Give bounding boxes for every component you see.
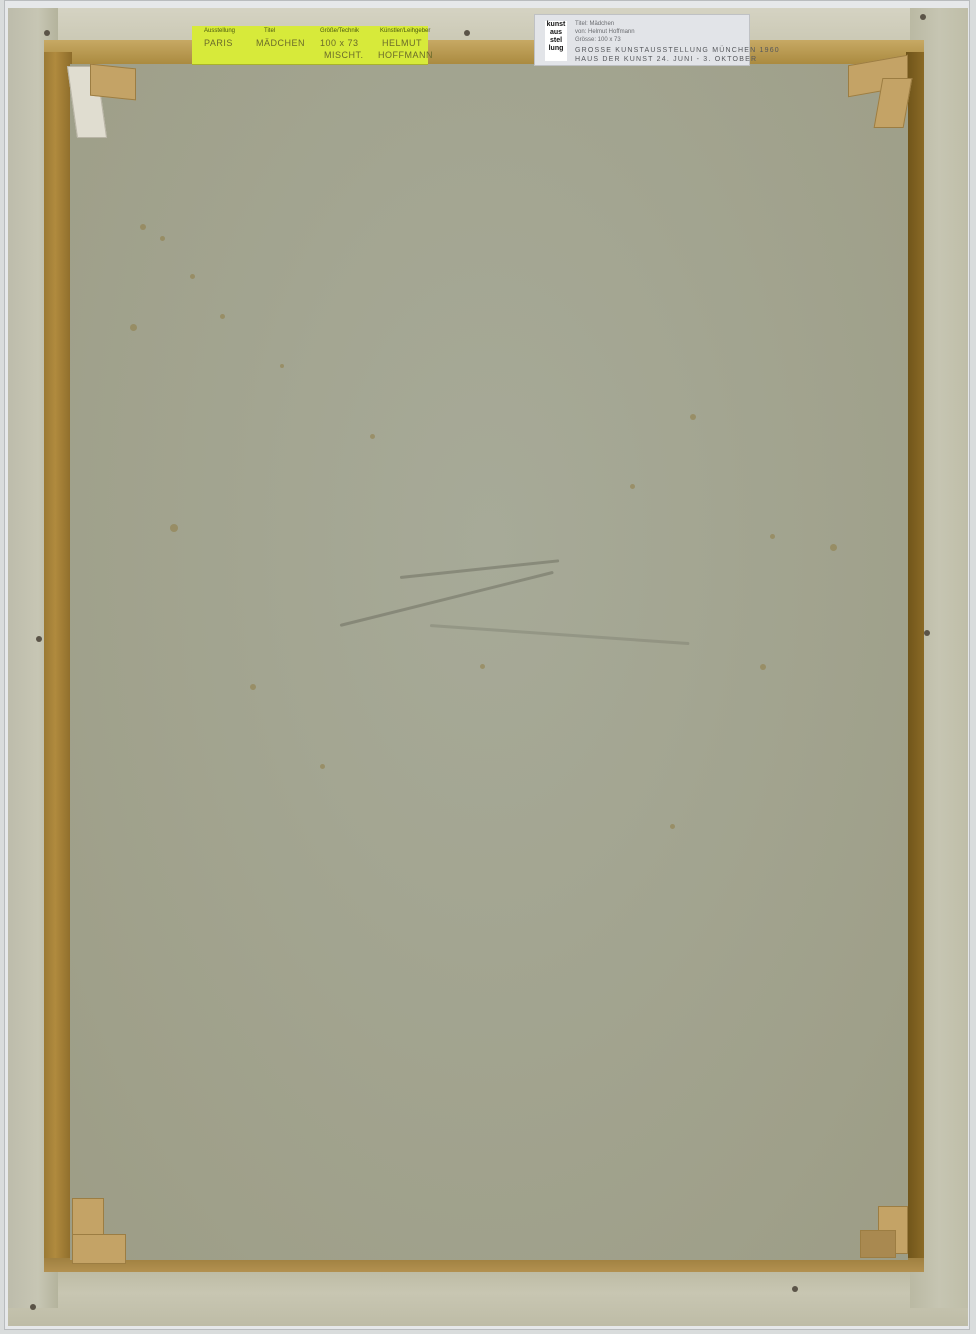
stain bbox=[770, 534, 775, 539]
stain bbox=[190, 274, 195, 279]
tack bbox=[30, 1304, 36, 1310]
label-header: Ausstellung bbox=[204, 28, 235, 34]
label-value: MISCHT. bbox=[324, 50, 364, 60]
stain bbox=[280, 364, 284, 368]
stain bbox=[130, 324, 137, 331]
stain bbox=[760, 664, 766, 670]
exhibition-dates: HAUS DER KUNST 24. JUNI - 3. OKTOBER bbox=[575, 56, 757, 63]
stain bbox=[250, 684, 256, 690]
stain bbox=[140, 224, 146, 230]
logo-line: lung bbox=[545, 45, 567, 53]
exhibition-title: GROSSE KUNSTAUSSTELLUNG MÜNCHEN 1960 bbox=[575, 47, 780, 54]
stretcher-bar-bottom bbox=[44, 1258, 924, 1272]
stain bbox=[160, 236, 165, 241]
tack bbox=[44, 30, 50, 36]
label-field: von: Helmut Hoffmann bbox=[575, 29, 635, 35]
label-header: Künstler/Leihgeber bbox=[380, 28, 430, 34]
label-header: Größe/Technik bbox=[320, 28, 359, 34]
pencil-mark bbox=[430, 624, 690, 645]
stretcher-bar-right bbox=[906, 52, 924, 1262]
label-field: Grösse: 100 x 73 bbox=[575, 37, 621, 43]
stain bbox=[630, 484, 635, 489]
label-value: PARIS bbox=[204, 38, 233, 48]
label-field: Titel: Mädchen bbox=[575, 21, 614, 27]
label-value: 100 x 73 bbox=[320, 38, 359, 48]
label-value: HOFFMANN bbox=[378, 50, 433, 60]
stain bbox=[370, 434, 375, 439]
stain bbox=[220, 314, 225, 319]
corner-key-bottom-left-2 bbox=[72, 1234, 126, 1264]
canvas-surface bbox=[70, 64, 908, 1260]
stain bbox=[480, 664, 485, 669]
label-value: HELMUT bbox=[382, 38, 422, 48]
tack bbox=[924, 630, 930, 636]
stretcher-bar-left bbox=[44, 52, 72, 1268]
kunstausstellung-logo: kunst aus stel lung bbox=[545, 21, 567, 61]
stain bbox=[830, 544, 837, 551]
exhibition-label-white: kunst aus stel lung Titel: Mädchen von: … bbox=[534, 14, 750, 66]
label-header: Titel bbox=[264, 28, 275, 34]
logo-line: stel bbox=[545, 37, 567, 45]
corner-key-bottom-right-2 bbox=[860, 1230, 896, 1258]
corner-key-top-left-2 bbox=[90, 64, 136, 101]
logo-line: aus bbox=[545, 29, 567, 37]
folded-canvas-bottom bbox=[8, 1271, 968, 1326]
stain bbox=[690, 414, 696, 420]
exhibition-label-yellow: Ausstellung Titel Größe/Technik Künstler… bbox=[192, 26, 428, 65]
stretcher-bar-top bbox=[44, 40, 924, 66]
tack bbox=[920, 14, 926, 20]
stain bbox=[670, 824, 675, 829]
tack bbox=[36, 636, 42, 642]
logo-line: kunst bbox=[545, 21, 567, 29]
stain bbox=[320, 764, 325, 769]
label-value: MÄDCHEN bbox=[256, 38, 305, 48]
pencil-mark bbox=[340, 571, 554, 627]
tack bbox=[792, 1286, 798, 1292]
tack bbox=[464, 30, 470, 36]
stain bbox=[170, 524, 178, 532]
